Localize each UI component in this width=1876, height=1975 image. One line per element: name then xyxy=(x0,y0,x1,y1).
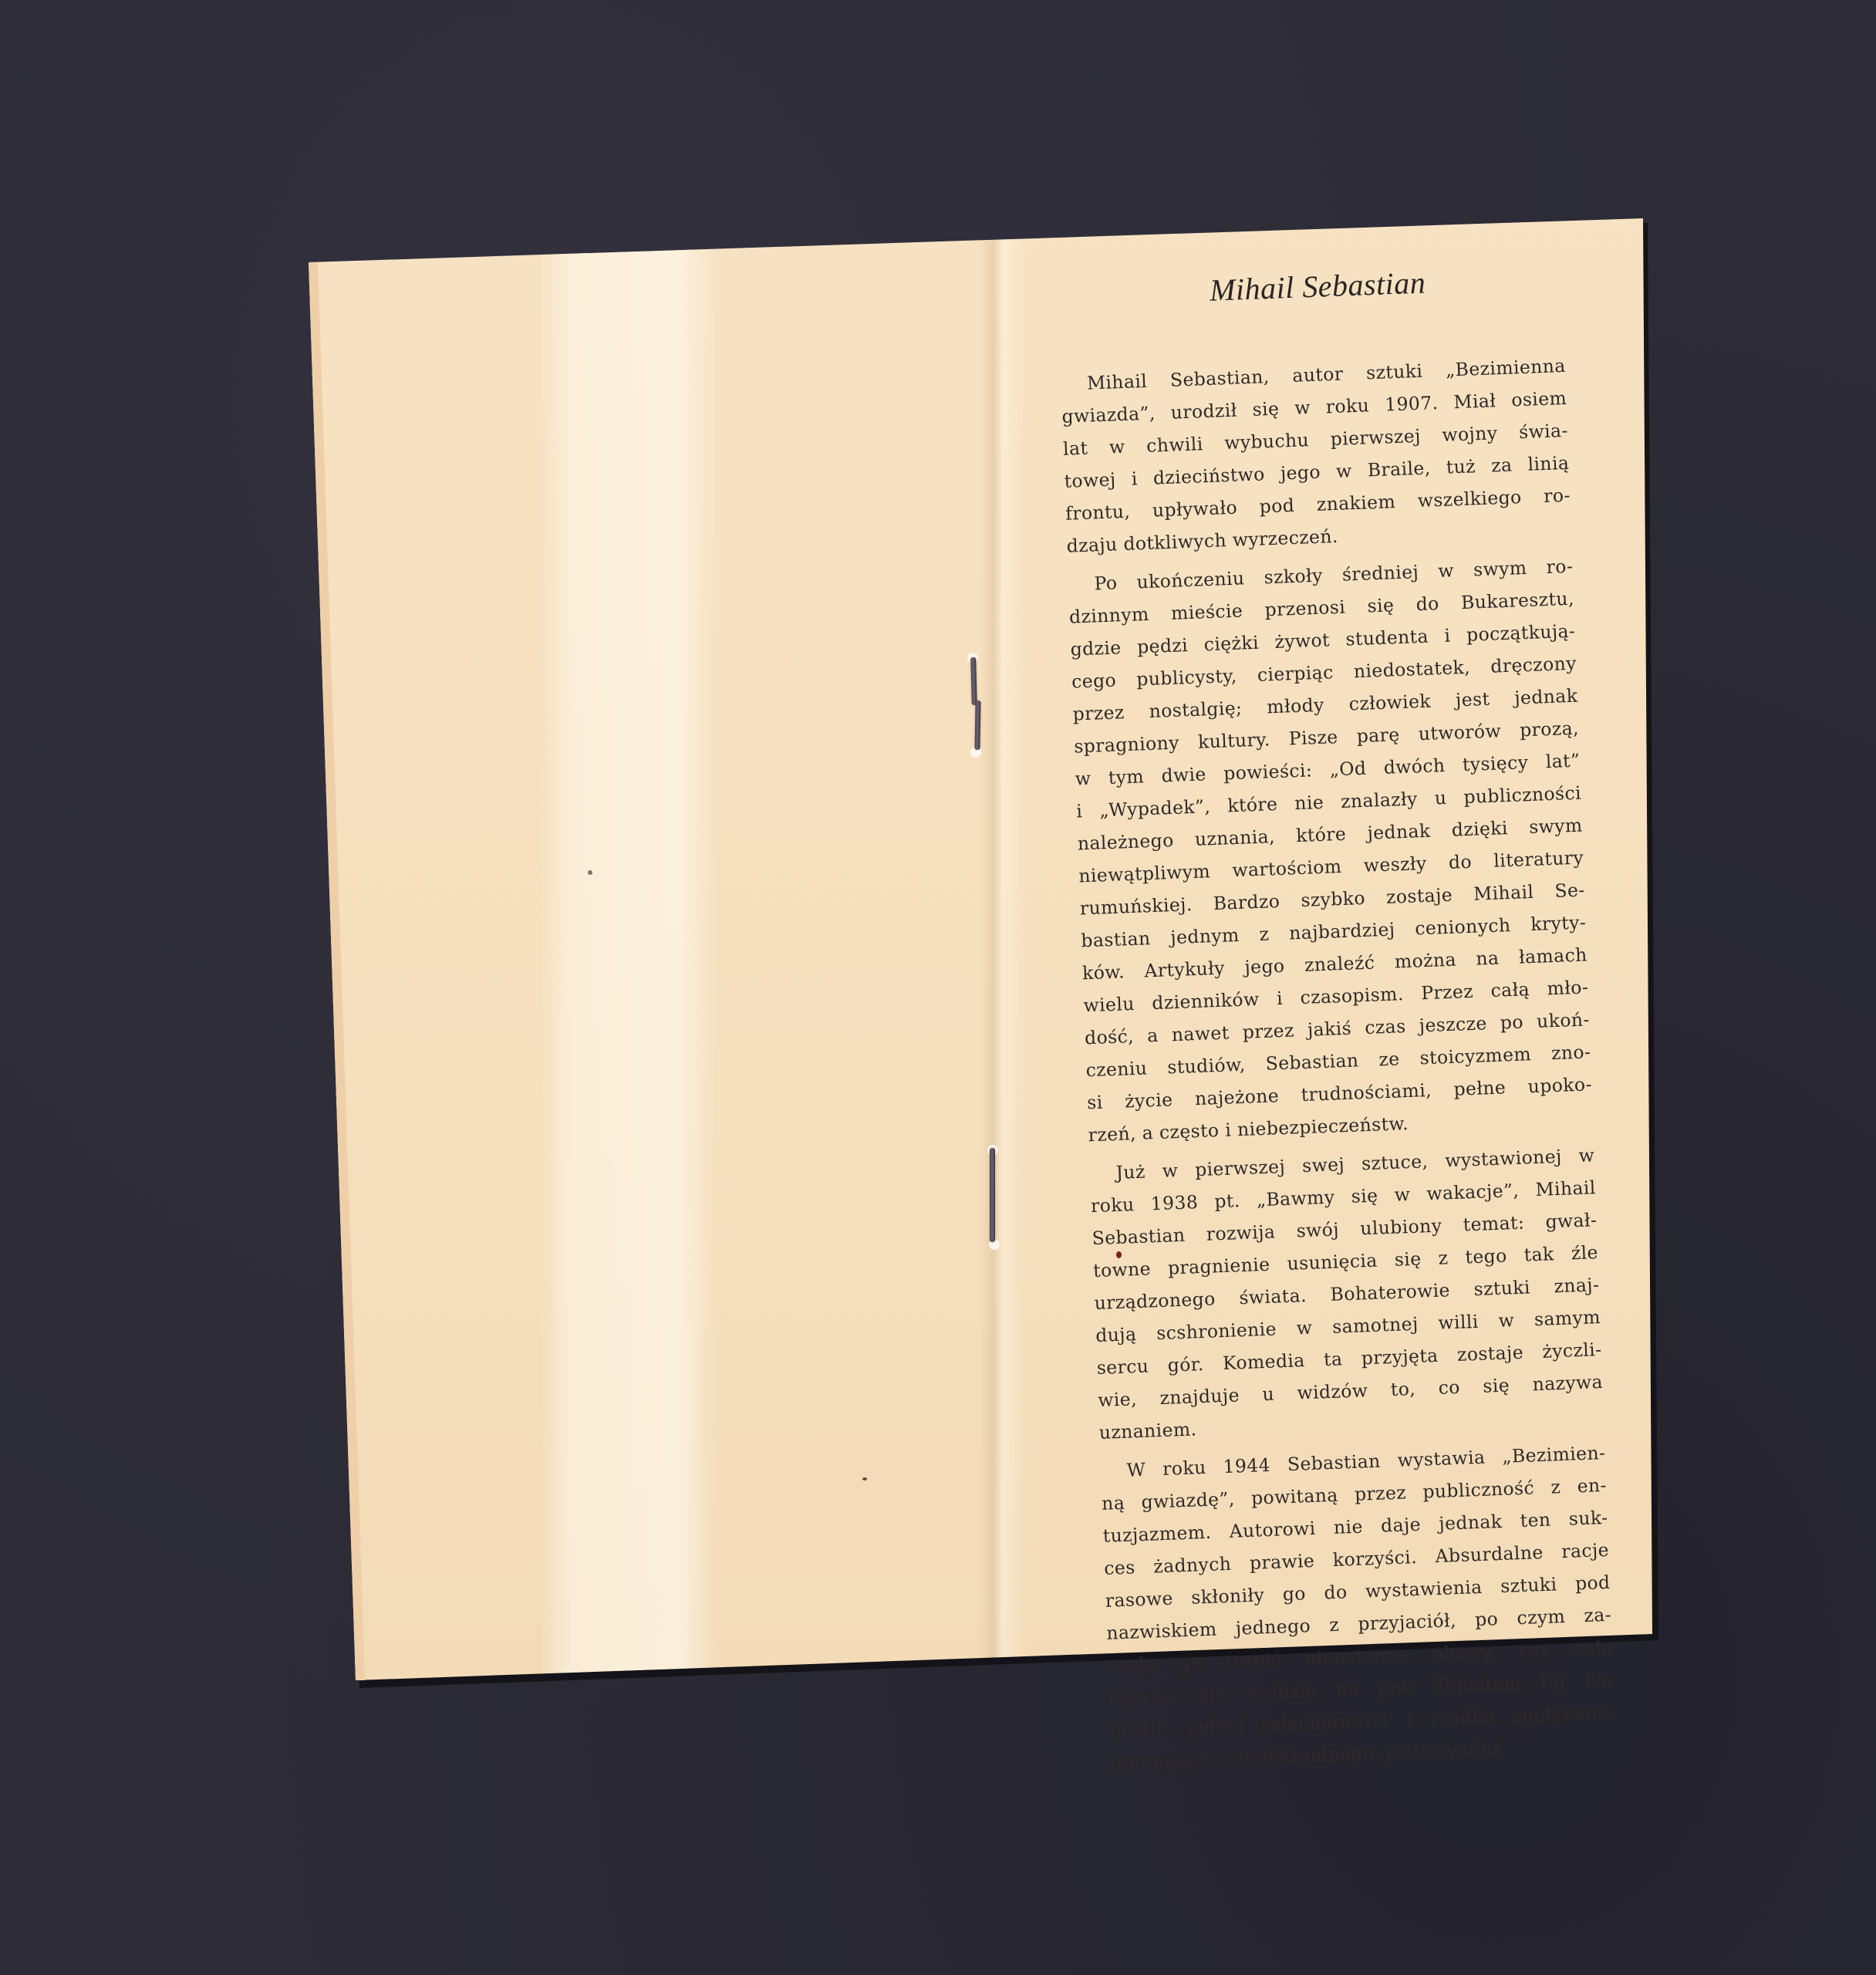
biography-body: Mihail Sebastian, autor sztuki „Bezimien… xyxy=(1060,349,1617,1779)
staple-icon xyxy=(974,701,980,750)
paper-speck xyxy=(588,870,592,875)
staple-icon xyxy=(990,1148,995,1242)
paragraph: W roku 1944 Sebastian wystawia „Bezimien… xyxy=(1100,1437,1617,1779)
paragraph: Mihail Sebastian, autor sztuki „Bezimien… xyxy=(1060,349,1572,562)
paragraph: Już w pierwszej swej sztuce, wystawionej… xyxy=(1089,1139,1604,1449)
paragraph: Po ukończeniu szkoły średniej w swym ro-… xyxy=(1068,550,1594,1151)
biography-text-block: Mihail Sebastian Mihail Sebastian, autor… xyxy=(1057,259,1617,1785)
paper-speck xyxy=(862,1477,867,1480)
